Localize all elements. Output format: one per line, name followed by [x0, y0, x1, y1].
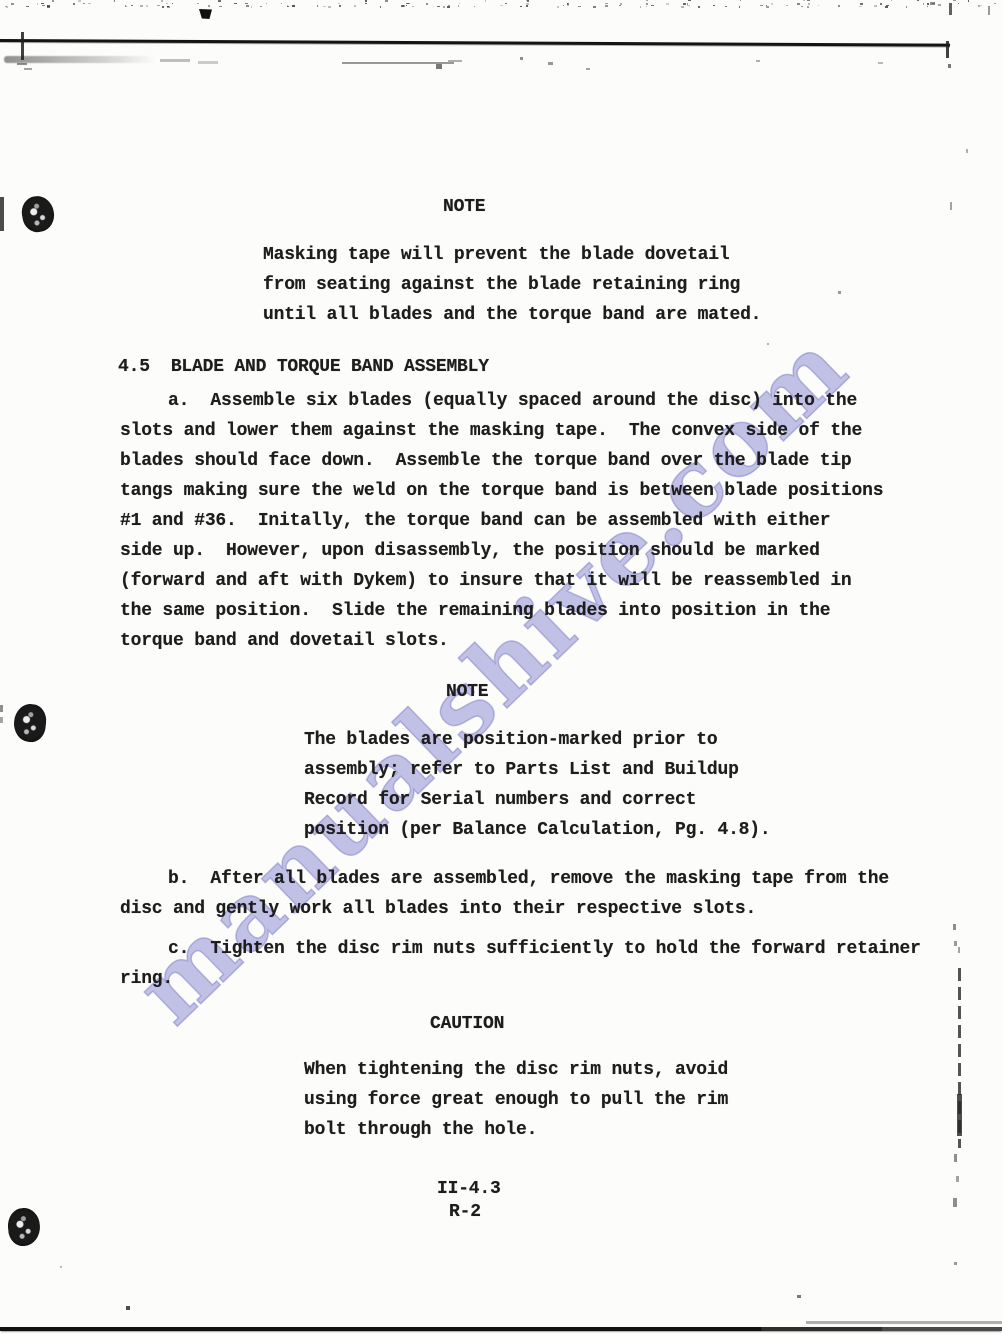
scan-speck — [563, 5, 564, 6]
scan-speck — [526, 5, 528, 7]
para-b-line-1: b. After all blades are assembled, remov… — [168, 869, 889, 889]
scan-speck — [593, 6, 596, 8]
scan-speck — [42, 5, 45, 6]
scan-speck — [60, 1266, 62, 1268]
scan-speck — [946, 41, 949, 58]
para-a-line-8: the same position. Slide the remaining b… — [120, 601, 830, 621]
scan-speck — [287, 5, 288, 7]
scan-speck — [860, 3, 863, 5]
scan-speck — [771, 3, 773, 5]
para-a-line-2: slots and lower them against the masking… — [120, 421, 862, 441]
scan-speck — [354, 5, 356, 7]
scan-speck — [526, 3, 529, 5]
scan-speck — [328, 6, 331, 8]
para-a-line-6: side up. However, upon disassembly, the … — [120, 541, 820, 561]
scan-speck — [365, 0, 367, 2]
scan-speck — [859, 6, 862, 7]
scan-speck — [219, 6, 222, 7]
scan-speck — [578, 6, 581, 7]
scan-speck — [26, 6, 29, 7]
scan-speck — [260, 6, 262, 7]
scan-speck — [526, 0, 529, 1]
scan-speck — [24, 68, 32, 70]
punch-stamp-top — [19, 193, 57, 234]
scan-speck — [41, 3, 44, 4]
scan-speck — [443, 6, 445, 8]
caution-line-2: using force great enough to pull the rim — [304, 1090, 728, 1110]
scan-speck — [646, 6, 647, 7]
scan-speck — [426, 3, 428, 5]
scan-speck — [412, 6, 414, 7]
scan-speck — [567, 5, 569, 6]
scan-speck — [713, 5, 715, 6]
scan-speck — [948, 64, 951, 68]
scan-speck — [966, 149, 968, 153]
scan-speck — [605, 5, 608, 7]
scan-speck — [83, 3, 85, 4]
scan-speck — [818, 5, 819, 6]
scan-speck — [687, 5, 690, 6]
scan-speck — [47, 5, 50, 7]
scan-speck — [958, 3, 959, 4]
para-a-line-1: a. Assemble six blades (equally spaced a… — [168, 391, 857, 411]
scan-ink-blob — [199, 9, 212, 19]
scan-speck — [448, 60, 462, 62]
scan-speck — [0, 197, 4, 231]
scan-smudge — [4, 56, 156, 63]
scan-speck — [157, 5, 160, 6]
scan-speck — [619, 5, 621, 6]
scan-speck — [766, 5, 767, 6]
scanned-page: manualshive.com NOTE Masking tape will p… — [0, 0, 1002, 1334]
scan-speck — [954, 1154, 957, 1162]
scan-speck — [953, 1198, 957, 1207]
note2-line-1: The blades are position-marked prior to — [304, 730, 717, 750]
scan-speck — [953, 0, 956, 1]
scan-speck — [666, 3, 669, 5]
punch-stamp-bottom — [7, 1207, 42, 1247]
scan-speck — [166, 3, 168, 4]
scan-speck — [956, 1176, 959, 1182]
note1-heading: NOTE — [443, 197, 485, 217]
scan-speck — [786, 5, 788, 6]
scan-speck — [760, 5, 763, 6]
scan-speck — [640, 6, 641, 8]
scan-speck — [756, 60, 760, 62]
scan-speck — [953, 924, 956, 930]
note1-line-2: from seating against the blade retaining… — [263, 275, 740, 295]
scan-speck — [0, 705, 3, 712]
scan-speck — [126, 1306, 130, 1310]
scan-speck — [954, 941, 957, 946]
scan-speck — [878, 62, 883, 64]
scan-speck — [958, 947, 960, 953]
scan-speck — [932, 3, 935, 4]
scan-speck — [197, 3, 199, 4]
scan-speck — [646, 0, 648, 1]
scan-speck — [167, 6, 169, 7]
scan-speck — [567, 3, 568, 5]
scan-speck — [740, 0, 741, 1]
scan-speck — [917, 0, 919, 1]
scan-speck — [448, 5, 450, 6]
scan-speck — [162, 6, 164, 8]
scan-speck — [401, 5, 404, 7]
para-a-line-9: torque band and dovetail slots. — [120, 631, 449, 651]
scan-speck — [806, 1321, 1002, 1324]
scan-speck — [927, 6, 928, 7]
scan-speck — [797, 3, 800, 5]
scan-speck — [140, 5, 143, 7]
scan-speck — [797, 1295, 801, 1298]
section-heading: 4.5BLADE AND TORQUE BAND ASSEMBLY — [118, 357, 489, 377]
section-number: 4.5 — [118, 357, 150, 377]
scan-speck — [891, 0, 892, 1]
scan-speck — [459, 3, 460, 4]
scan-speck — [234, 3, 237, 4]
scan-speck — [698, 6, 700, 8]
scan-speck — [520, 57, 523, 60]
scan-speck — [172, 3, 173, 4]
footer-page-number: II-4.3 — [437, 1179, 501, 1199]
scan-speck — [125, 5, 126, 7]
scan-speck — [292, 5, 295, 7]
scan-speck — [586, 68, 590, 70]
scan-speck — [73, 3, 75, 5]
scan-speck — [923, 3, 924, 5]
scan-speck — [978, 5, 980, 7]
scan-speck — [725, 6, 727, 7]
scan-speck — [88, 3, 91, 4]
scan-speck — [688, 0, 691, 1]
scan-speck — [885, 6, 888, 8]
scan-speck — [246, 5, 249, 7]
scan-speck — [980, 5, 982, 6]
para-c-line-1: c. Tighten the disc rim nuts sufficientl… — [168, 939, 921, 959]
scan-speck — [807, 6, 809, 8]
scan-speck — [880, 3, 882, 5]
scan-speck — [131, 5, 133, 6]
scan-speck — [323, 6, 326, 7]
scan-speck — [436, 64, 442, 69]
scan-speck — [385, 0, 388, 2]
scan-speck — [874, 5, 877, 7]
note2-heading: NOTE — [446, 682, 488, 702]
scan-speck — [651, 5, 654, 6]
scan-speck — [338, 3, 340, 4]
scan-speck — [114, 0, 115, 2]
scan-speck — [927, 3, 929, 5]
scan-speck — [994, 3, 996, 4]
caution-line-1: When tightening the disc rim nuts, avoid — [304, 1060, 728, 1080]
scan-speck — [458, 5, 459, 7]
scan-speck — [548, 62, 553, 65]
right-dashed-line-thick — [957, 1094, 962, 1136]
para-a-line-3: blades should face down. Assemble the to… — [120, 451, 852, 471]
scan-speck — [406, 5, 407, 6]
scan-speck — [938, 4, 941, 6]
scan-speck — [161, 0, 163, 2]
scan-speck — [126, 6, 127, 7]
scan-speck — [339, 5, 341, 7]
scan-speck — [474, 6, 475, 7]
scan-speck — [78, 0, 81, 2]
scan-speck — [0, 717, 3, 723]
scan-speck — [245, 3, 248, 4]
scan-speck — [505, 3, 507, 4]
scan-speck — [160, 59, 190, 62]
scan-speck — [485, 0, 486, 2]
scan-speck — [281, 3, 282, 4]
scan-speck — [803, 0, 805, 1]
scan-speck — [808, 3, 810, 5]
scan-speck — [500, 5, 503, 6]
scan-speck — [198, 61, 218, 64]
scan-speck — [568, 3, 569, 5]
scan-speck — [437, 6, 440, 7]
scan-speck — [739, 6, 740, 8]
caution-heading: CAUTION — [430, 1014, 504, 1034]
scan-speck — [767, 343, 769, 345]
scan-speck — [968, 0, 969, 2]
note2-line-4: position (per Balance Calculation, Pg. 4… — [304, 820, 770, 840]
scan-speck — [520, 6, 522, 7]
scan-speck — [21, 32, 24, 60]
bottom-edge-line — [0, 1327, 1002, 1331]
footer-revision: R-2 — [449, 1202, 481, 1222]
scan-speck — [766, 6, 769, 8]
para-c-line-2: ring. — [120, 969, 173, 989]
scan-speck — [646, 3, 648, 5]
scan-speck — [317, 5, 318, 7]
note1-line-3: until all blades and the torque band are… — [263, 305, 761, 325]
scan-speck — [266, 3, 267, 4]
scan-speck — [801, 6, 803, 7]
scan-speck — [557, 6, 559, 8]
top-edge-line — [0, 39, 950, 47]
scan-speck — [146, 5, 148, 7]
scan-speck — [838, 5, 840, 7]
scan-speck — [406, 3, 409, 4]
punch-stamp-middle — [12, 702, 48, 743]
scan-speck — [988, 6, 990, 15]
scan-speck — [251, 6, 252, 8]
scan-speck — [218, 0, 221, 2]
para-a-line-5: #1 and #36. Initally, the torque band ca… — [120, 511, 830, 531]
scan-speck — [208, 5, 210, 7]
scan-speck — [683, 3, 686, 5]
scan-speck — [605, 3, 608, 4]
scan-speck — [365, 3, 367, 4]
section-title: BLADE AND TORQUE BAND ASSEMBLY — [171, 357, 489, 377]
scan-speck — [11, 3, 14, 5]
scan-speck — [949, 3, 952, 15]
note1-line-1: Masking tape will prevent the blade dove… — [263, 245, 729, 265]
scan-speck — [906, 6, 907, 8]
scan-speck — [17, 63, 27, 65]
scan-speck — [447, 6, 450, 8]
para-b-line-2: disc and gently work all blades into the… — [120, 899, 756, 919]
para-a-line-4: tangs making sure the weld on the torque… — [120, 481, 883, 501]
note2-line-2: assembly; refer to Parts List and Buildu… — [304, 760, 739, 780]
scan-speck — [954, 1262, 957, 1265]
para-a-line-7: (forward and aft with Dykem) to insure t… — [120, 571, 852, 591]
scan-speck — [380, 6, 381, 8]
scan-speck — [52, 0, 54, 2]
scan-speck — [37, 3, 38, 5]
scan-speck — [5, 6, 7, 7]
scan-speck — [950, 202, 952, 210]
note2-line-3: Record for Serial numbers and correct — [304, 790, 696, 810]
caution-line-3: bolt through the hole. — [304, 1120, 537, 1140]
scan-speck — [807, 0, 810, 1]
scan-speck — [838, 291, 841, 294]
scan-speck — [681, 6, 684, 8]
